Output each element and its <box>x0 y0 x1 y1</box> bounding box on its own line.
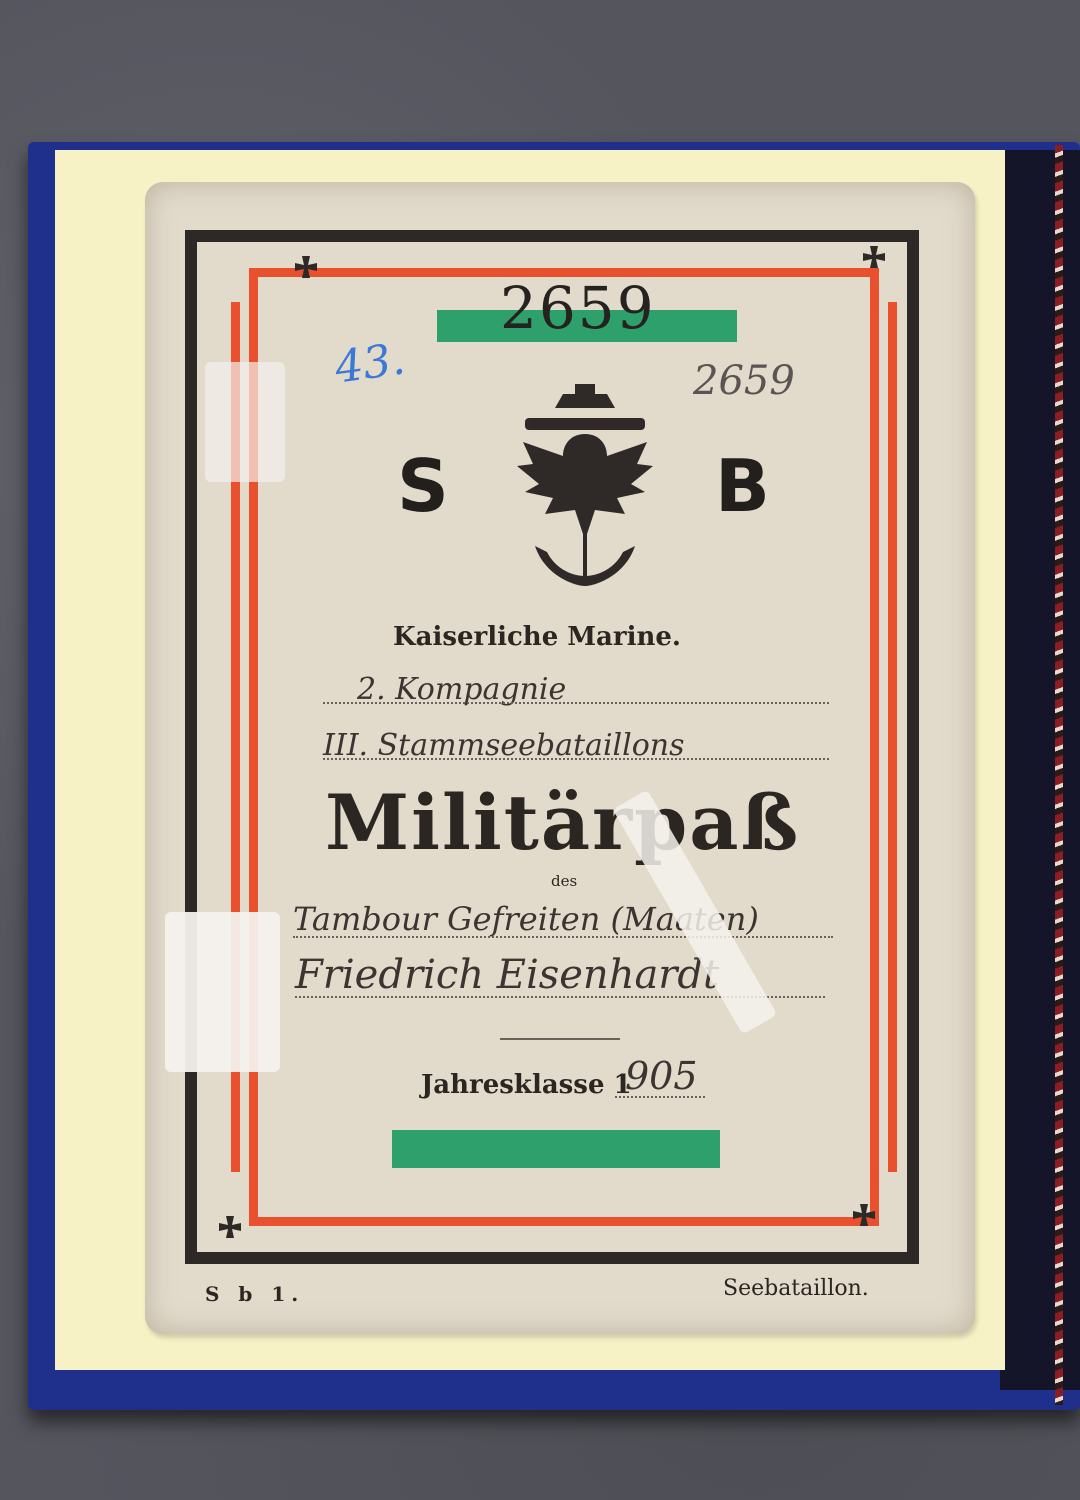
iron-cross-icon <box>291 254 321 284</box>
year-class-label: Jahresklasse 1 <box>421 1070 632 1100</box>
battalion-line-rule <box>323 758 829 760</box>
footer-unit: Seebataillon. <box>723 1276 869 1301</box>
green-bar-bottom <box>392 1130 720 1168</box>
issuer-label: Kaiserliche Marine. <box>393 622 681 652</box>
name-line: Friedrich Eisenhardt <box>295 952 719 998</box>
des-label: des <box>551 872 577 890</box>
eagle-anchor-emblem-icon <box>505 376 665 606</box>
year-class-rule <box>615 1096 705 1098</box>
separator-rule <box>500 1038 620 1040</box>
iron-cross-icon <box>859 244 889 274</box>
paper-damage <box>165 912 280 1072</box>
company-line-rule <box>323 702 829 704</box>
year-class-value: 905 <box>625 1054 698 1098</box>
military-passbook: 2659 43. 2659 S B Kaiserliche Marine. 2.… <box>145 182 975 1334</box>
emblem-letter-s: S <box>397 444 449 528</box>
footer-form-code: S b 1. <box>205 1282 304 1306</box>
rank-line-rule <box>293 936 833 938</box>
iron-cross-icon <box>215 1214 245 1244</box>
book-spine <box>1000 150 1080 1390</box>
document-title: Militärpaß <box>325 778 800 867</box>
handwritten-serial: 2659 <box>693 358 795 404</box>
iron-cross-icon <box>849 1202 879 1232</box>
emblem-letter-b: B <box>715 444 770 528</box>
binding-cord <box>1055 145 1063 1405</box>
blue-annotation: 43. <box>332 333 408 393</box>
serial-number: 2659 <box>500 274 656 342</box>
paper-damage <box>205 362 285 482</box>
